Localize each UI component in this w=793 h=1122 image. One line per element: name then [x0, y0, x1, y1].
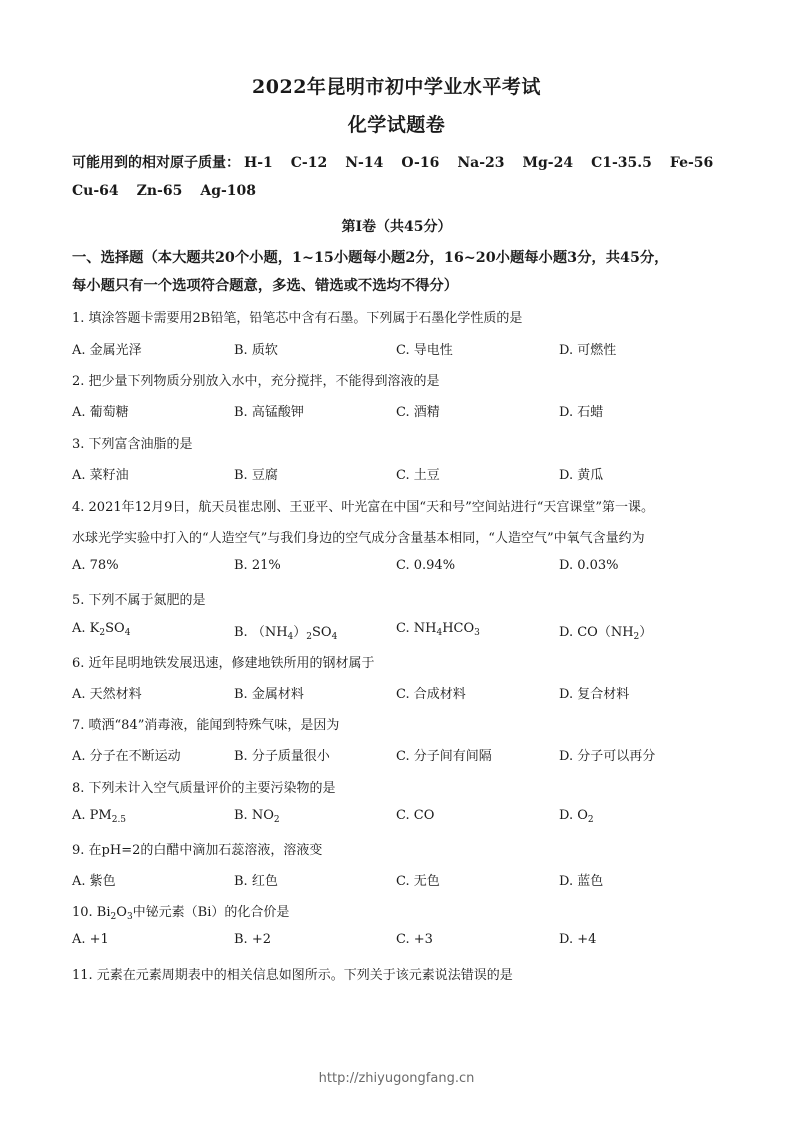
question-stem-3: 3. 下列富含油脂的是 — [72, 433, 193, 452]
section-title: 第Ⅰ卷（共45分） — [0, 216, 793, 236]
option-a: A. 紫色 — [72, 870, 116, 889]
exam-page: 2022年昆明市初中学业水平考试 化学试题卷 可能用到的相对原子质量：H-1C-… — [0, 0, 793, 1122]
exam-subtitle: 化学试题卷 — [0, 110, 793, 137]
option-d: D. 石蜡 — [559, 401, 603, 420]
atomic-masses-line1: 可能用到的相对原子质量：H-1C-12N-14O-16Na-23Mg-24C1-… — [72, 152, 731, 172]
option-b: B. 红色 — [234, 870, 278, 889]
section-instructions-cont: 每小题只有一个选项符合题意，多选、错选或不选均不得分） — [72, 275, 732, 295]
option-b: B. 高锰酸钾 — [234, 401, 304, 420]
option-d: D. 复合材料 — [559, 683, 629, 702]
question-options-4: A. 78% B. 21% C. 0.94% D. 0.03% — [72, 558, 732, 576]
option-d: D. 黄瓜 — [559, 464, 603, 483]
atomic-mass: Cu-64 — [72, 183, 119, 199]
option-b: B. NO2 — [234, 808, 280, 823]
option-c: C. 酒精 — [396, 401, 440, 420]
question-options-6: A. 天然材料 B. 金属材料 C. 合成材料 D. 复合材料 — [72, 683, 732, 701]
atomic-mass: Mg-24 — [523, 155, 574, 171]
atomic-mass: H-1 — [244, 155, 273, 171]
option-b: B. 分子质量很小 — [234, 745, 330, 764]
atomic-mass: Ag-108 — [200, 183, 256, 199]
option-a: A. 葡萄糖 — [72, 401, 129, 420]
option-a: A. 天然材料 — [72, 683, 142, 702]
option-a: A. 菜籽油 — [72, 464, 129, 483]
option-c: C. 无色 — [396, 870, 440, 889]
atomic-mass: O-16 — [401, 155, 439, 171]
option-d: D. 蓝色 — [559, 870, 603, 889]
question-options-7: A. 分子在不断运动 B. 分子质量很小 C. 分子间有间隔 D. 分子可以再分 — [72, 745, 732, 763]
option-a: A. 分子在不断运动 — [72, 745, 181, 764]
atomic-mass: Na-23 — [457, 155, 504, 171]
question-stem-10: 10. Bi2O3中铋元素（Bi）的化合价是 — [72, 901, 289, 920]
option-d: D. CO（NH2） — [559, 621, 652, 640]
option-c: C. 导电性 — [396, 339, 453, 358]
question-options-3: A. 菜籽油 B. 豆腐 C. 土豆 D. 黄瓜 — [72, 464, 732, 482]
watermark-url: http://zhiyugongfang.cn — [0, 1071, 793, 1086]
option-d: D. +4 — [559, 932, 596, 947]
option-a: A. PM2.5 — [72, 808, 126, 823]
option-d: D. 0.03% — [559, 558, 619, 573]
question-stem-1: 1. 填涂答题卡需要用2B铅笔，铅笔芯中含有石墨。下列属于石墨化学性质的是 — [72, 307, 522, 326]
atomic-mass: C1-35.5 — [591, 155, 652, 171]
question-options-10: A. +1 B. +2 C. +3 D. +4 — [72, 932, 732, 950]
atomic-mass: C-12 — [291, 155, 327, 171]
option-a: A. +1 — [72, 932, 109, 947]
option-b: B. 豆腐 — [234, 464, 278, 483]
option-d: D. 可燃性 — [559, 339, 616, 358]
section-instructions: 一、选择题（本大题共20个小题，1~15小题每小题2分，16~20小题每小题3分… — [72, 247, 732, 267]
option-c: C. 0.94% — [396, 558, 455, 573]
question-stem-5: 5. 下列不属于氮肥的是 — [72, 589, 206, 608]
option-d: D. 分子可以再分 — [559, 745, 655, 764]
option-c: C. CO — [396, 808, 434, 823]
question-stem-6: 6. 近年昆明地铁发展迅速，修建地铁所用的钢材属于 — [72, 652, 375, 671]
atomic-mass: Fe-56 — [670, 155, 713, 171]
option-a: A. 78% — [72, 558, 119, 573]
question-options-1: A. 金属光泽 B. 质软 C. 导电性 D. 可燃性 — [72, 339, 732, 357]
question-stem-2: 2. 把少量下列物质分别放入水中，充分搅拌，不能得到溶液的是 — [72, 370, 440, 389]
option-b: B. 质软 — [234, 339, 278, 358]
atomic-masses-label: 可能用到的相对原子质量： — [72, 155, 240, 171]
option-a: A. K2SO4 — [72, 621, 130, 636]
question-stem-11: 11. 元素在元素周期表中的相关信息如图所示。下列关于该元素说法错误的是 — [72, 964, 513, 983]
question-stem-7: 7. 喷洒“84”消毒液，能闻到特殊气味，是因为 — [72, 714, 339, 733]
option-c: C. 分子间有间隔 — [396, 745, 492, 764]
option-b: B. （NH4）2SO4 — [234, 621, 337, 640]
question-stem-4-cont: 水球光学实验中打入的“人造空气”与我们身边的空气成分含量基本相同，“人造空气”中… — [72, 527, 645, 546]
atomic-mass: Zn-65 — [137, 183, 183, 199]
question-options-8: A. PM2.5 B. NO2 C. CO D. O2 — [72, 808, 732, 826]
option-b: B. 21% — [234, 558, 281, 573]
question-options-2: A. 葡萄糖 B. 高锰酸钾 C. 酒精 D. 石蜡 — [72, 401, 732, 419]
exam-title: 2022年昆明市初中学业水平考试 — [0, 72, 793, 99]
option-c: C. +3 — [396, 932, 433, 947]
option-b: B. 金属材料 — [234, 683, 304, 702]
question-stem-8: 8. 下列未计入空气质量评价的主要污染物的是 — [72, 777, 336, 796]
question-options-5: A. K2SO4 B. （NH4）2SO4 C. NH4HCO3 D. CO（N… — [72, 621, 732, 639]
option-c: C. 土豆 — [396, 464, 440, 483]
atomic-mass: N-14 — [345, 155, 383, 171]
option-a: A. 金属光泽 — [72, 339, 142, 358]
option-d: D. O2 — [559, 808, 594, 823]
question-stem-4: 4. 2021年12月9日，航天员崔忠刚、王亚平、叶光富在中国“天和号”空间站进… — [72, 496, 654, 515]
question-options-9: A. 紫色 B. 红色 C. 无色 D. 蓝色 — [72, 870, 732, 888]
option-c: C. 合成材料 — [396, 683, 466, 702]
atomic-masses-line2: Cu-64Zn-65Ag-108 — [72, 183, 274, 199]
option-b: B. +2 — [234, 932, 271, 947]
question-stem-9: 9. 在pH=2的白醋中滴加石蕊溶液，溶液变 — [72, 839, 322, 858]
option-c: C. NH4HCO3 — [396, 621, 480, 636]
